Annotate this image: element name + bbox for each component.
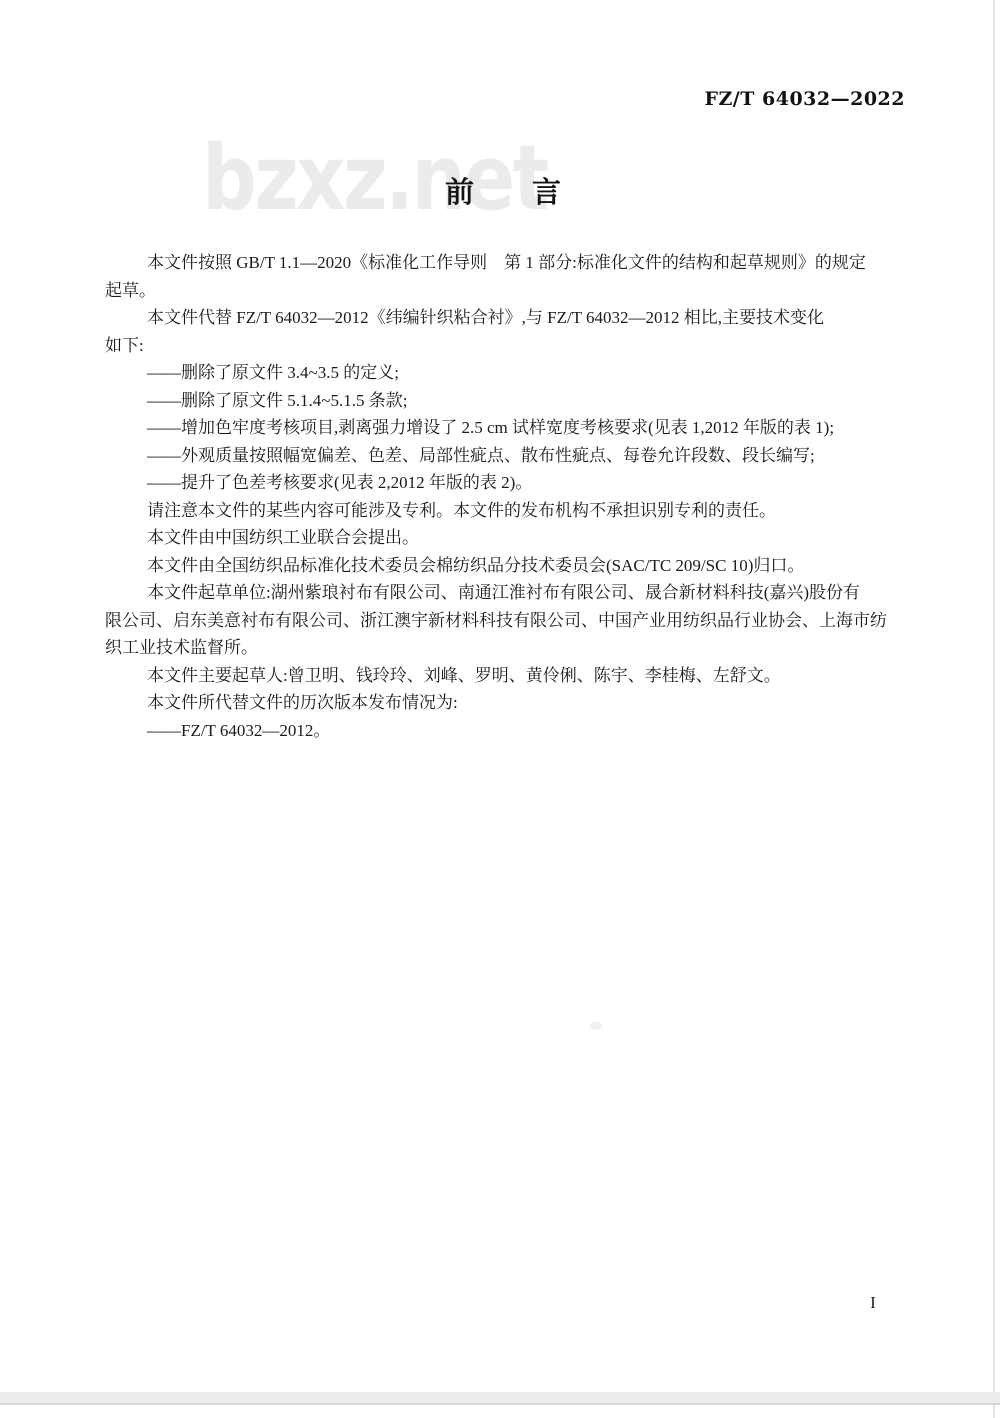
text-line: ——外观质量按照幅宽偏差、色差、局部性疵点、散布性疵点、每卷允许段数、段长编写; bbox=[105, 442, 915, 470]
document-page: bzxz.net FZ/T 64032—2022 前 言 本文件按照 GB/T … bbox=[0, 0, 1000, 1418]
text-line: 本文件主要起草人:曾卫明、钱玲玲、刘峰、罗明、黄伶俐、陈宇、李桂梅、左舒文。 bbox=[105, 662, 915, 690]
text-line: 本文件由全国纺织品标准化技术委员会棉纺织品分技术委员会(SAC/TC 209/S… bbox=[105, 552, 915, 580]
text-line: 起草。 bbox=[105, 277, 915, 305]
text-line: ——FZ/T 64032—2012。 bbox=[105, 717, 915, 745]
page-edge-line bbox=[993, 0, 995, 1418]
text-line: 本文件由中国纺织工业联合会提出。 bbox=[105, 524, 915, 552]
text-line: ——增加色牢度考核项目,剥离强力增设了 2.5 cm 试样宽度考核要求(见表 1… bbox=[105, 414, 915, 442]
page-number: I bbox=[862, 1293, 884, 1313]
text-line: 本文件代替 FZ/T 64032—2012《纬编针织粘合衬》,与 FZ/T 64… bbox=[105, 304, 915, 332]
text-line: 请注意本文件的某些内容可能涉及专利。本文件的发布机构不承担识别专利的责任。 bbox=[105, 497, 915, 525]
text-line: ——删除了原文件 3.4~3.5 的定义; bbox=[105, 359, 915, 387]
text-line: 织工业技术监督所。 bbox=[105, 634, 915, 662]
text-line: 如下: bbox=[105, 332, 915, 360]
text-line: ——删除了原文件 5.1.4~5.1.5 条款; bbox=[105, 387, 915, 415]
text-line: ——提升了色差考核要求(见表 2,2012 年版的表 2)。 bbox=[105, 469, 915, 497]
text-line: 本文件起草单位:湖州紫琅衬布有限公司、南通江淮衬布有限公司、晟合新材料科技(嘉兴… bbox=[105, 579, 915, 607]
text-line: 限公司、启东美意衬布有限公司、浙江澳宇新材料科技有限公司、中国产业用纺织品行业协… bbox=[105, 607, 915, 635]
standard-number: FZ/T 64032—2022 bbox=[704, 88, 905, 110]
foreword-body: 本文件按照 GB/T 1.1—2020《标准化工作导则 第 1 部分:标准化文件… bbox=[105, 249, 915, 744]
page-bottom-edge bbox=[0, 1392, 1000, 1405]
scan-artifact bbox=[590, 1021, 602, 1030]
text-line: 本文件按照 GB/T 1.1—2020《标准化工作导则 第 1 部分:标准化文件… bbox=[105, 249, 915, 277]
page-title: 前 言 bbox=[0, 170, 1000, 211]
text-line: 本文件所代替文件的历次版本发布情况为: bbox=[105, 689, 915, 717]
